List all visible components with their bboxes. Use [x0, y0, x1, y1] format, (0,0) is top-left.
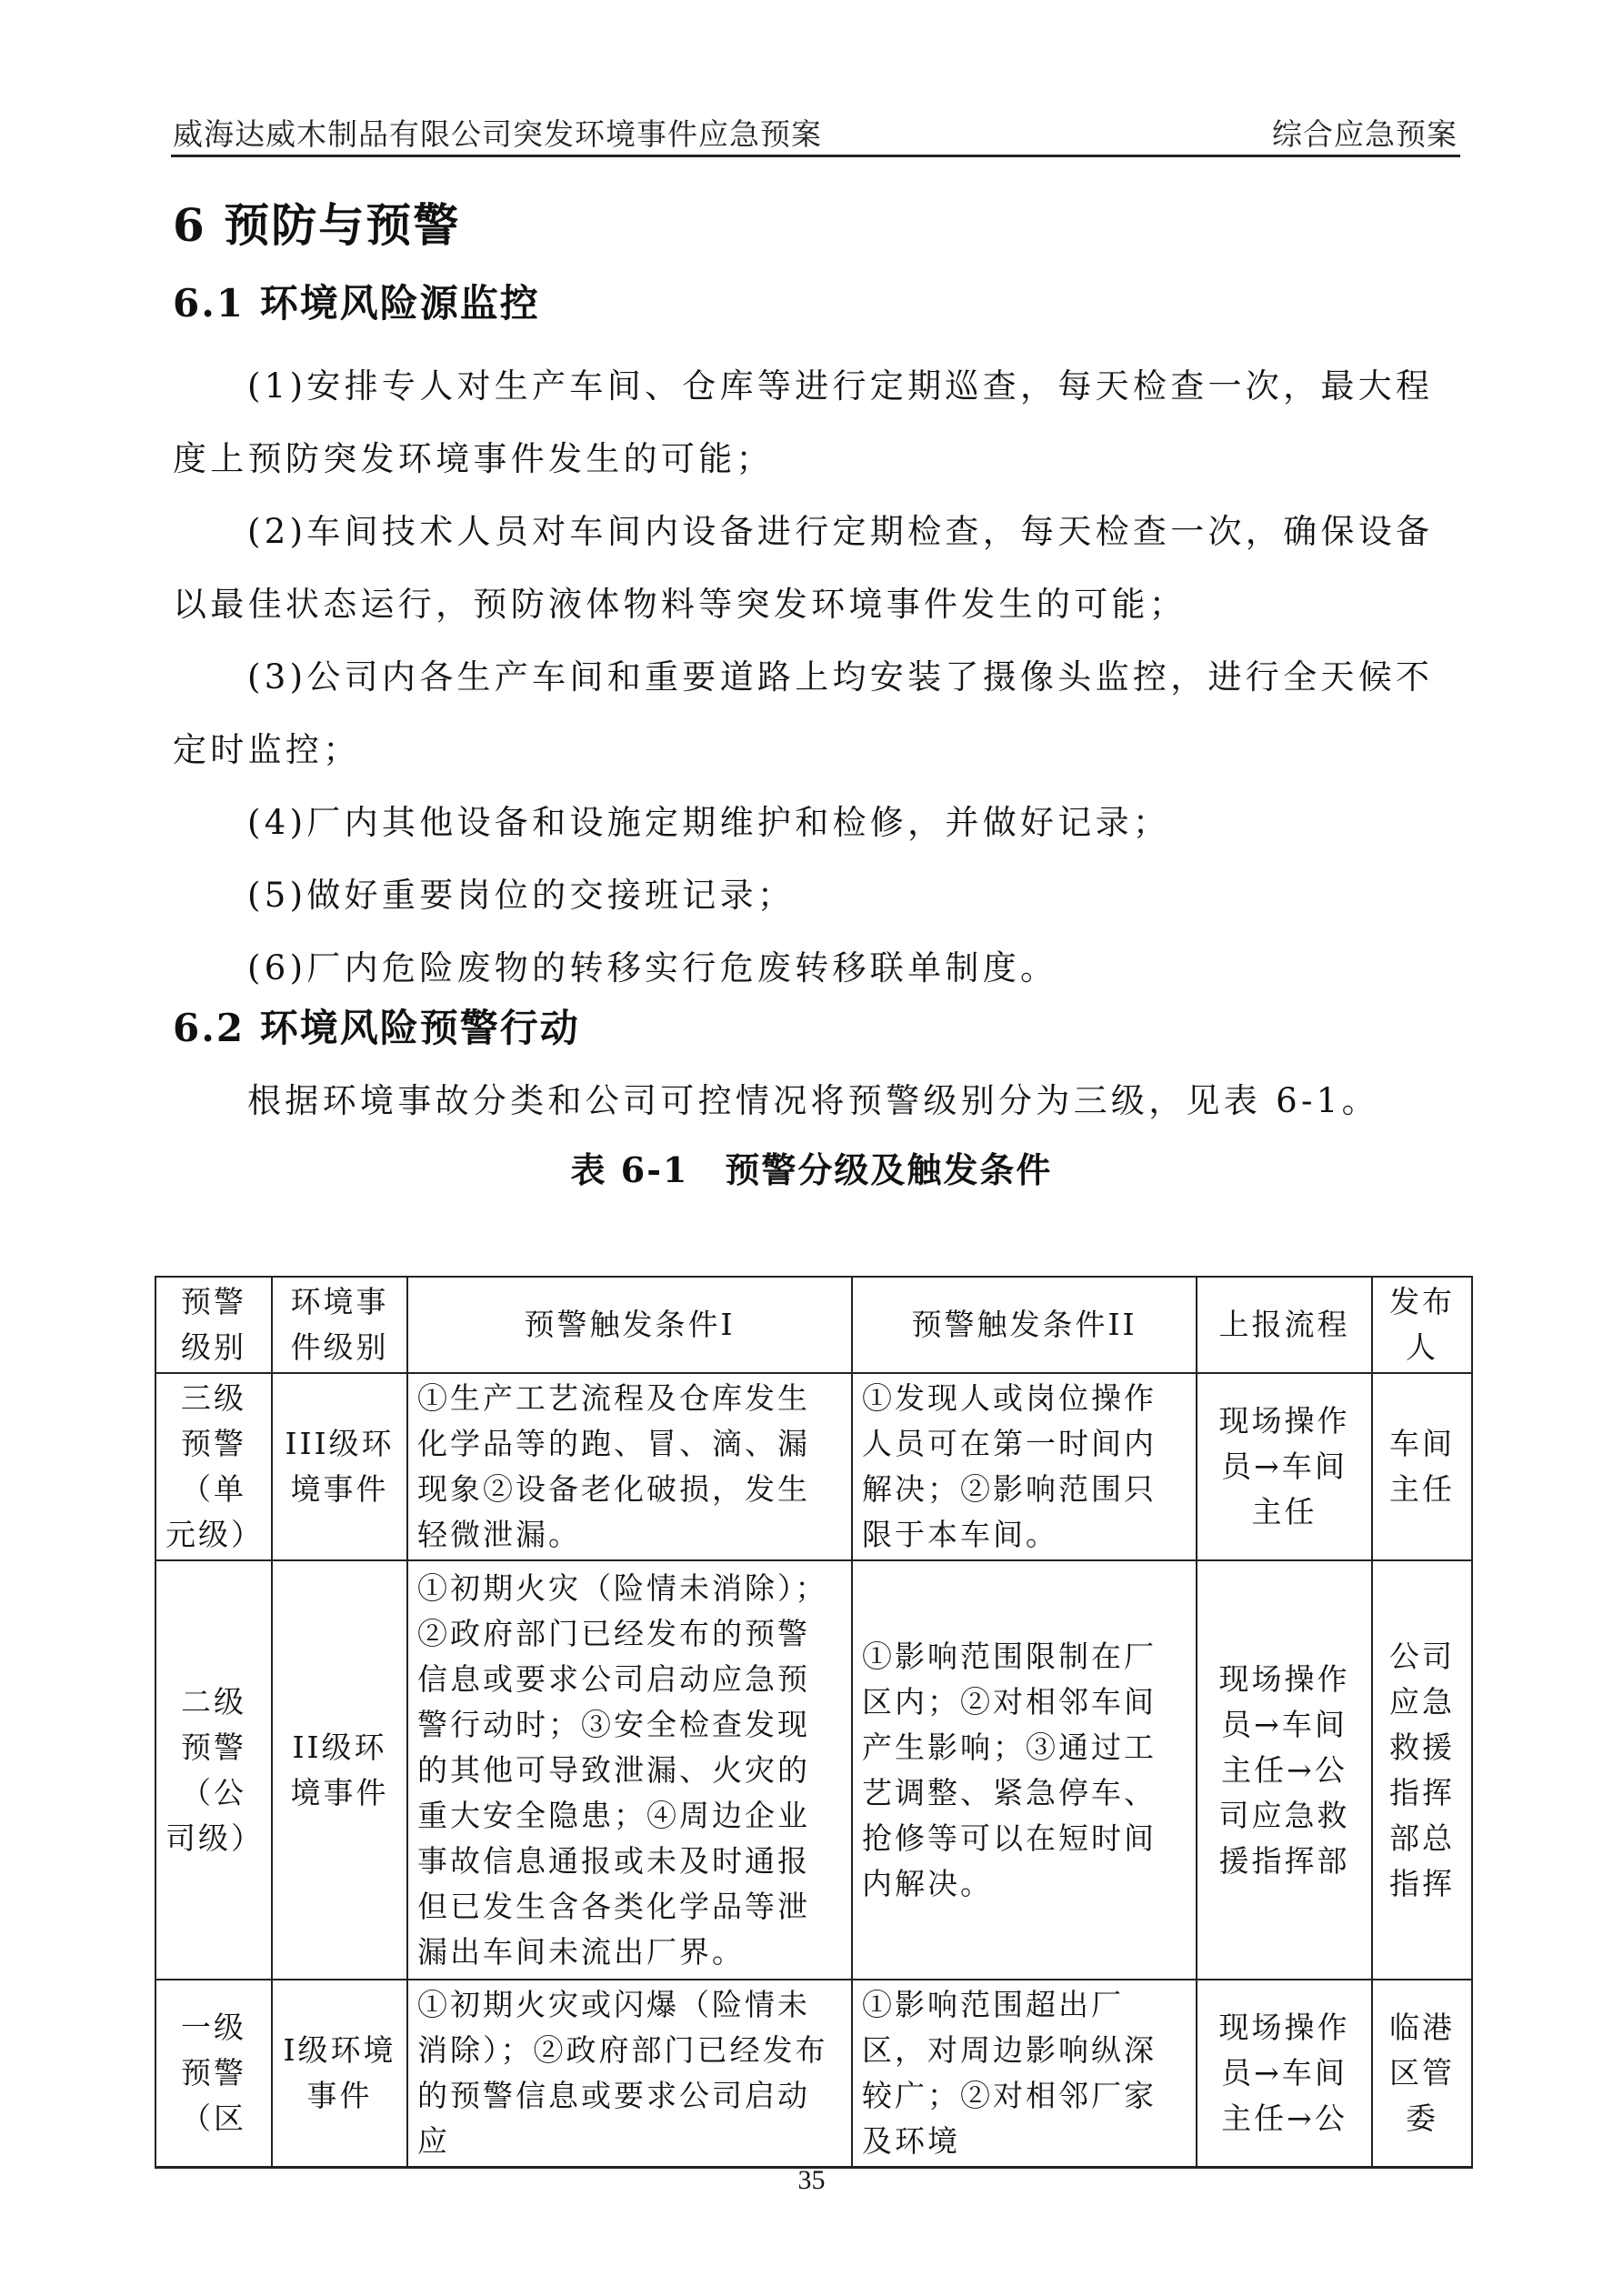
cell-condition-1: ①初期火灾或闪爆（险情未消除）；②政府部门已经发布的预警信息或要求公司启动应	[407, 1980, 852, 2168]
section-6-1-title: 6.1 环境风险源监控	[173, 280, 540, 327]
col-header-condition-2: 预警触发条件II	[852, 1277, 1197, 1373]
cell-report-flow: 现场操作员→车间主任	[1197, 1373, 1372, 1560]
monitor-item-1: (1)安排专人对生产车间、仓库等进行定期巡查，每天检查一次，最大程度上预防突发环…	[173, 350, 1464, 496]
cell-condition-1: ①生产工艺流程及仓库发生化学品等的跑、冒、滴、漏现象②设备老化破损，发生轻微泄漏…	[407, 1373, 852, 1560]
monitor-item-6: (6)厂内危险废物的转移实行危废转移联单制度。	[173, 932, 1464, 1005]
table-header-row: 预警级别 环境事件级别 预警触发条件I 预警触发条件II 上报流程 发布人	[155, 1277, 1472, 1373]
cell-condition-2: ①影响范围限制在厂区内；②对相邻车间产生影响；③通过工艺调整、紧急停车、抢修等可…	[852, 1560, 1197, 1980]
col-header-issuer: 发布人	[1372, 1277, 1472, 1373]
running-header-title: 威海达威木制品有限公司突发环境事件应急预案	[173, 116, 822, 153]
warning-levels-table: 预警级别 环境事件级别 预警触发条件I 预警触发条件II 上报流程 发布人 三级…	[155, 1276, 1473, 2169]
cell-issuer: 临港区管委	[1372, 1980, 1472, 2168]
col-header-event-level: 环境事件级别	[272, 1277, 407, 1373]
header-divider	[171, 155, 1460, 157]
table-caption: 表 6-1 预警分级及触发条件	[0, 1148, 1623, 1193]
cell-report-flow: 现场操作员→车间主任→公	[1197, 1980, 1372, 2168]
cell-warning-level: 二级预警（公司级）	[155, 1560, 272, 1980]
cell-event-level: III级环境事件	[272, 1373, 407, 1560]
cell-condition-2: ①发现人或岗位操作人员可在第一时间内解决；②影响范围只限于本车间。	[852, 1373, 1197, 1560]
table-row: 三级预警（单元级） III级环境事件 ①生产工艺流程及仓库发生化学品等的跑、冒、…	[155, 1373, 1472, 1560]
cell-condition-2: ①影响范围超出厂区，对周边影响纵深较广；②对相邻厂家及环境	[852, 1980, 1197, 2168]
cell-event-level: II级环境事件	[272, 1560, 407, 1980]
monitor-item-2: (2)车间技术人员对车间内设备进行定期检查，每天检查一次，确保设备以最佳状态运行…	[173, 496, 1464, 641]
cell-issuer: 公司应急救援指挥部总指挥	[1372, 1560, 1472, 1980]
page-number: 35	[0, 2164, 1623, 2197]
col-header-condition-1: 预警触发条件I	[407, 1277, 852, 1373]
section-6-1-body: (1)安排专人对生产车间、仓库等进行定期巡查，每天检查一次，最大程度上预防突发环…	[173, 350, 1464, 1005]
col-header-report-flow: 上报流程	[1197, 1277, 1372, 1373]
cell-issuer: 车间主任	[1372, 1373, 1472, 1560]
cell-warning-level: 一级预警（区	[155, 1980, 272, 2168]
table-row: 一级预警（区 I级环境事件 ①初期火灾或闪爆（险情未消除）；②政府部门已经发布的…	[155, 1980, 1472, 2168]
section-6-2-title: 6.2 环境风险预警行动	[173, 1005, 580, 1052]
table-row: 二级预警（公司级） II级环境事件 ①初期火灾（险情未消除）；②政府部门已经发布…	[155, 1560, 1472, 1980]
chapter-title: 6 预防与预警	[173, 198, 460, 253]
monitor-item-4: (4)厂内其他设备和设施定期维护和检修，并做好记录；	[173, 787, 1464, 859]
section-6-2-body: 根据环境事故分类和公司可控情况将预警级别分为三级，见表 6-1。	[173, 1065, 1464, 1138]
cell-report-flow: 现场操作员→车间主任→公司应急救援指挥部	[1197, 1560, 1372, 1980]
monitor-item-5: (5)做好重要岗位的交接班记录；	[173, 859, 1464, 932]
monitor-item-3: (3)公司内各生产车间和重要道路上均安装了摄像头监控，进行全天候不定时监控；	[173, 641, 1464, 787]
cell-condition-1: ①初期火灾（险情未消除）；②政府部门已经发布的预警信息或要求公司启动应急预警行动…	[407, 1560, 852, 1980]
section-6-2-intro: 根据环境事故分类和公司可控情况将预警级别分为三级，见表 6-1。	[173, 1065, 1464, 1138]
cell-event-level: I级环境事件	[272, 1980, 407, 2168]
col-header-warning-level: 预警级别	[155, 1277, 272, 1373]
cell-warning-level: 三级预警（单元级）	[155, 1373, 272, 1560]
running-header-section: 综合应急预案	[1272, 116, 1458, 153]
